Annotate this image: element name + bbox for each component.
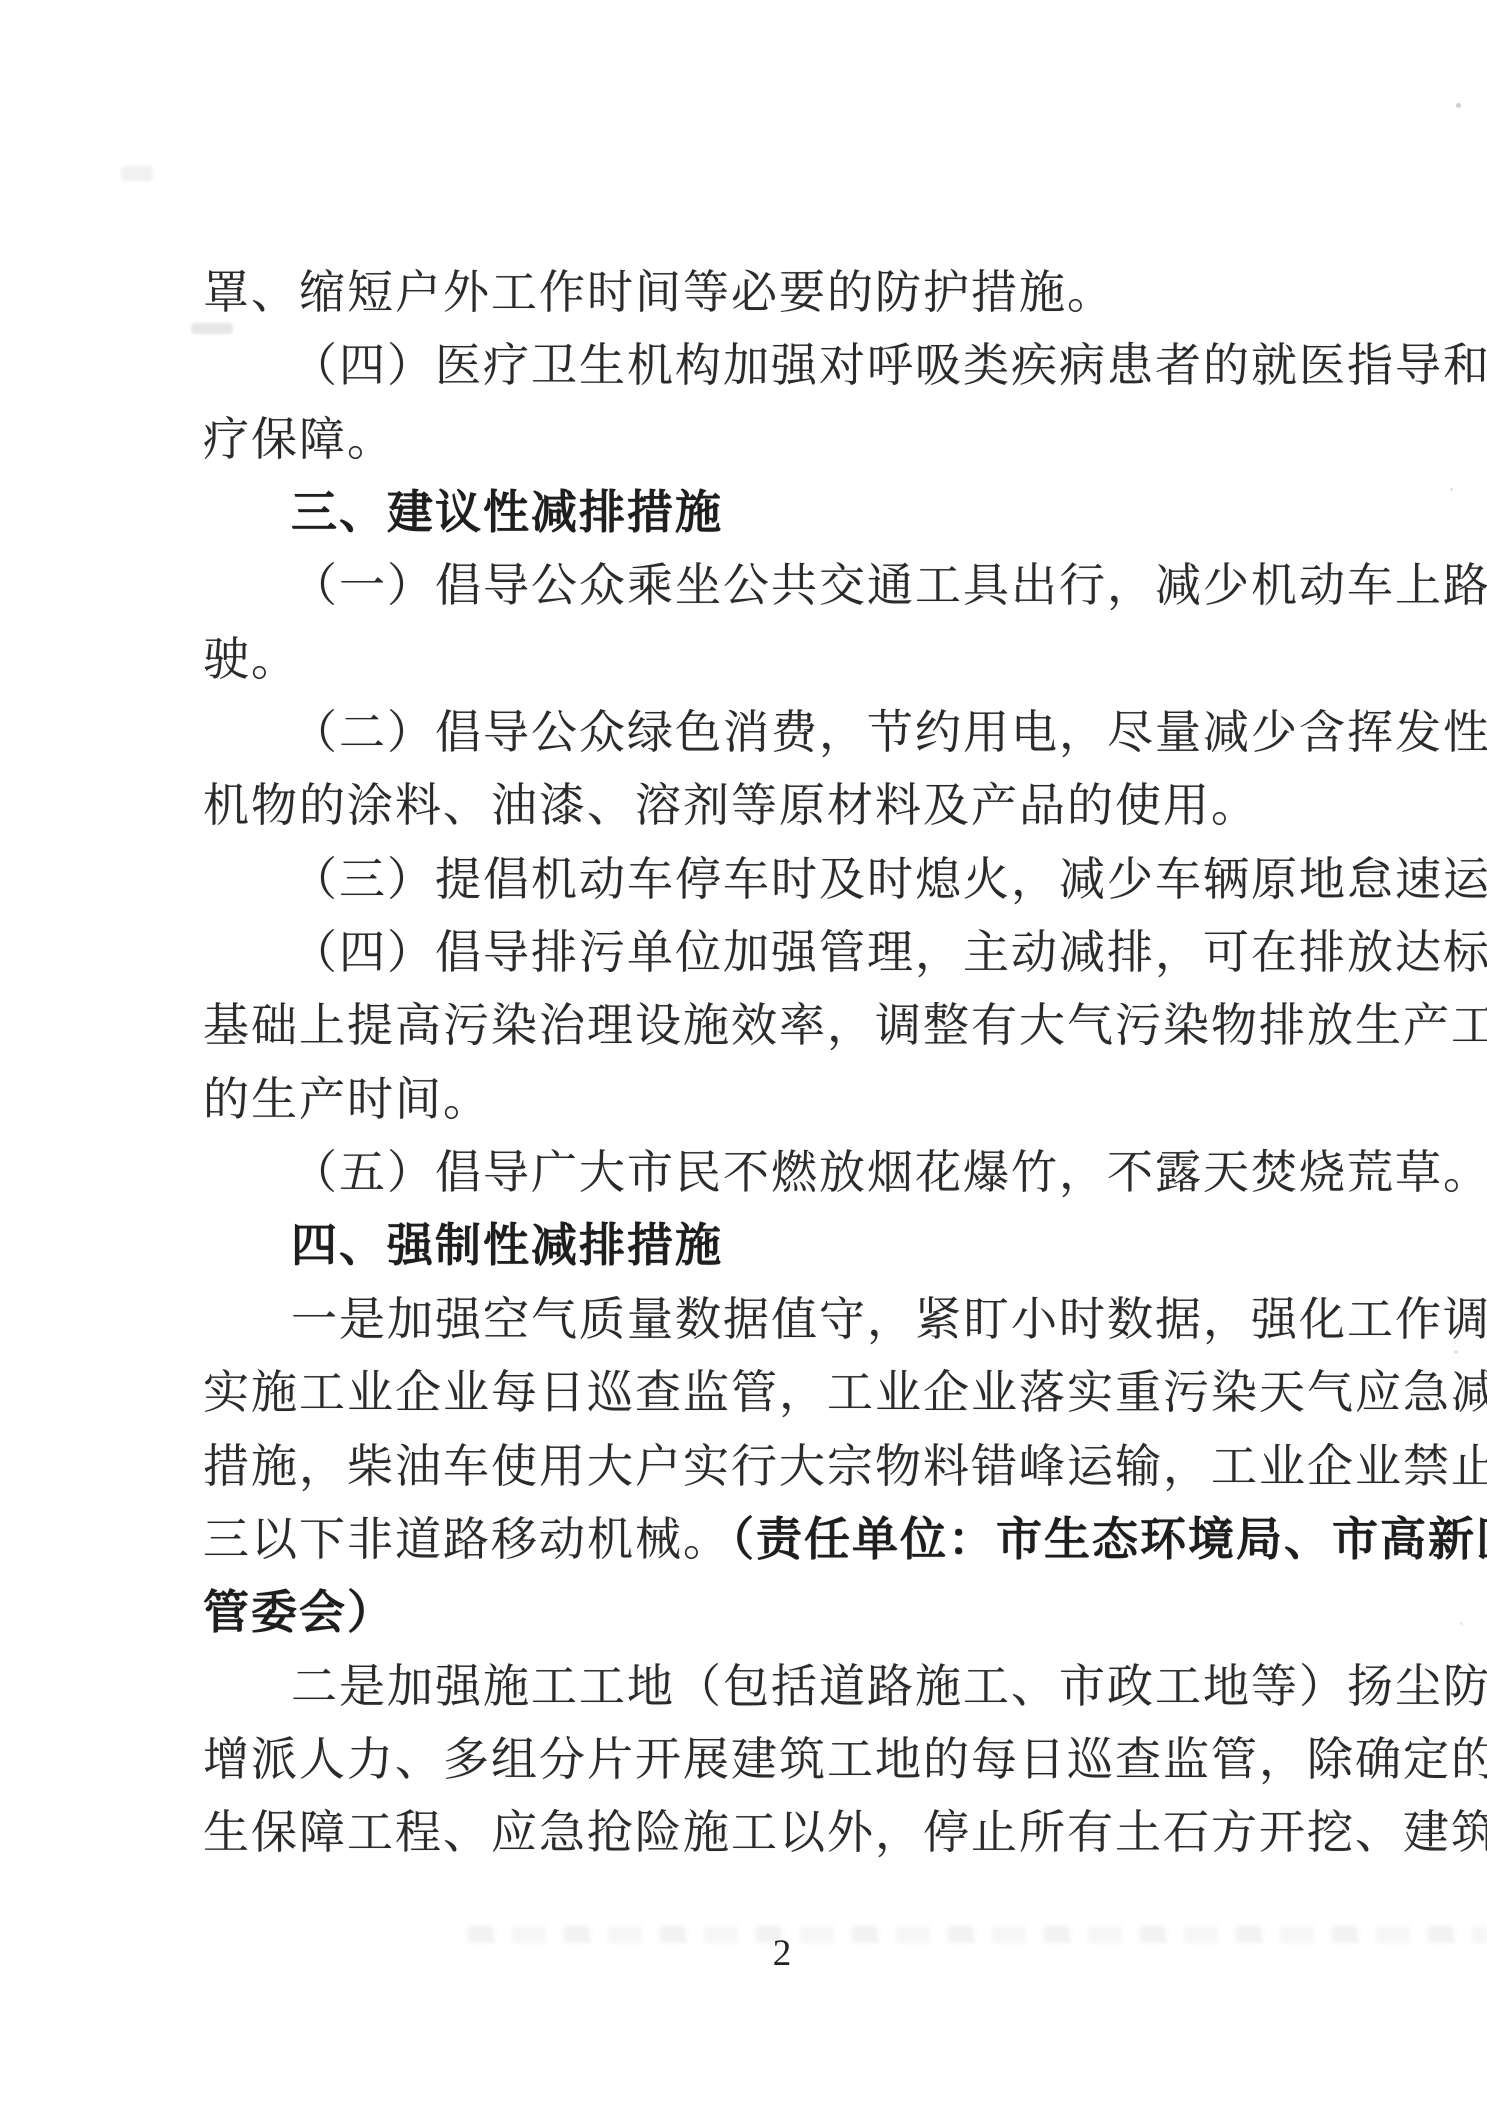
text-line: （三）提倡机动车停车时及时熄火，减少车辆原地怠速运行。 [203,843,1373,916]
text-line: 一是加强空气质量数据值守，紧盯小时数据，强化工作调度。 [203,1283,1373,1356]
text-segment: 机物的涂料、油漆、溶剂等原材料及产品的使用。 [203,780,1259,831]
text-line: 三以下非道路移动机械。（责任单位：市生态环境局、市高新区 [203,1503,1373,1576]
text-segment: 疗保障。 [203,414,395,465]
text-segment: （一）倡导公众乘坐公共交通工具出行，减少机动车上路行 [291,560,1487,611]
text-segment: （三）提倡机动车停车时及时熄火，减少车辆原地怠速运行。 [291,854,1487,905]
text-segment: 一是加强空气质量数据值守，紧盯小时数据，强化工作调度。 [291,1294,1487,1345]
text-line: （五）倡导广大市民不燃放烟花爆竹，不露天焚烧荒草。 [203,1136,1373,1209]
text-line: 基础上提高污染治理设施效率，调整有大气污染物排放生产工艺 [203,989,1373,1062]
text-line: （四）倡导排污单位加强管理，主动减排，可在排放达标的 [203,916,1373,989]
scan-speck-artifact [1462,958,1465,961]
scan-bleedthrough-artifact [468,1926,1487,1943]
page-number: 2 [760,1932,804,1975]
text-line: （二）倡导公众绿色消费，节约用电，尽量减少含挥发性有 [203,696,1373,769]
text-segment: 的生产时间。 [203,1074,491,1125]
bold-text-segment: 三、建议性减排措施 [291,487,723,538]
text-segment: 二是加强施工工地（包括道路施工、市政工地等）扬尘防控。 [291,1661,1487,1712]
bold-text-segment: 四、强制性减排措施 [291,1220,723,1271]
text-segment: 驶。 [203,634,299,685]
text-segment: （四）医疗卫生机构加强对呼吸类疾病患者的就医指导和诊 [291,340,1487,391]
text-line: 管委会） [203,1576,1373,1649]
text-line: 罩、缩短户外工作时间等必要的防护措施。 [203,256,1373,329]
text-segment: 罩、缩短户外工作时间等必要的防护措施。 [203,267,1115,318]
scan-speck-artifact [1454,1350,1458,1354]
text-line: （四）医疗卫生机构加强对呼吸类疾病患者的就医指导和诊 [203,329,1373,402]
text-line: （一）倡导公众乘坐公共交通工具出行，减少机动车上路行 [203,549,1373,622]
text-segment: （二）倡导公众绿色消费，节约用电，尽量减少含挥发性有 [291,707,1487,758]
text-segment: 实施工业企业每日巡查监管，工业企业落实重污染天气应急减排 [203,1367,1487,1418]
bold-text-segment: 管委会） [203,1587,395,1638]
text-segment: （五）倡导广大市民不燃放烟花爆竹，不露天焚烧荒草。 [291,1147,1487,1198]
scan-speck-artifact [1456,103,1461,108]
text-segment: 三以下非道路移动机械。 [203,1514,731,1565]
text-segment: （四）倡导排污单位加强管理，主动减排，可在排放达标的 [291,927,1487,978]
text-line: 生保障工程、应急抢险施工以外，停止所有土石方开挖、建筑拆 [203,1796,1373,1869]
scan-speck-artifact [1450,488,1453,491]
scan-speck-artifact [1460,1622,1463,1625]
scan-smudge-artifact [121,166,153,181]
text-line: 机物的涂料、油漆、溶剂等原材料及产品的使用。 [203,769,1373,842]
text-line: 措施，柴油车使用大户实行大宗物料错峰运输，工业企业禁止国 [203,1430,1373,1503]
text-line: 驶。 [203,623,1373,696]
bold-text-segment: （责任单位：市生态环境局、市高新区 [731,1514,1487,1565]
text-line: 增派人力、多组分片开展建筑工地的每日巡查监管，除确定的民 [203,1723,1373,1796]
scanned-document-page: 罩、缩短户外工作时间等必要的防护措施。（四）医疗卫生机构加强对呼吸类疾病患者的就… [0,0,1487,2102]
text-segment: 基础上提高污染治理设施效率，调整有大气污染物排放生产工艺 [203,1000,1487,1051]
text-line: 实施工业企业每日巡查监管，工业企业落实重污染天气应急减排 [203,1356,1373,1429]
text-line: 四、强制性减排措施 [203,1209,1373,1282]
text-segment: 增派人力、多组分片开展建筑工地的每日巡查监管，除确定的民 [203,1734,1487,1785]
text-line: 疗保障。 [203,403,1373,476]
text-line: 的生产时间。 [203,1063,1373,1136]
document-body: 罩、缩短户外工作时间等必要的防护措施。（四）医疗卫生机构加强对呼吸类疾病患者的就… [203,256,1373,1870]
text-line: 三、建议性减排措施 [203,476,1373,549]
text-line: 二是加强施工工地（包括道路施工、市政工地等）扬尘防控。 [203,1650,1373,1723]
text-segment: 措施，柴油车使用大户实行大宗物料错峰运输，工业企业禁止国 [203,1441,1487,1492]
text-segment: 生保障工程、应急抢险施工以外，停止所有土石方开挖、建筑拆 [203,1807,1487,1858]
